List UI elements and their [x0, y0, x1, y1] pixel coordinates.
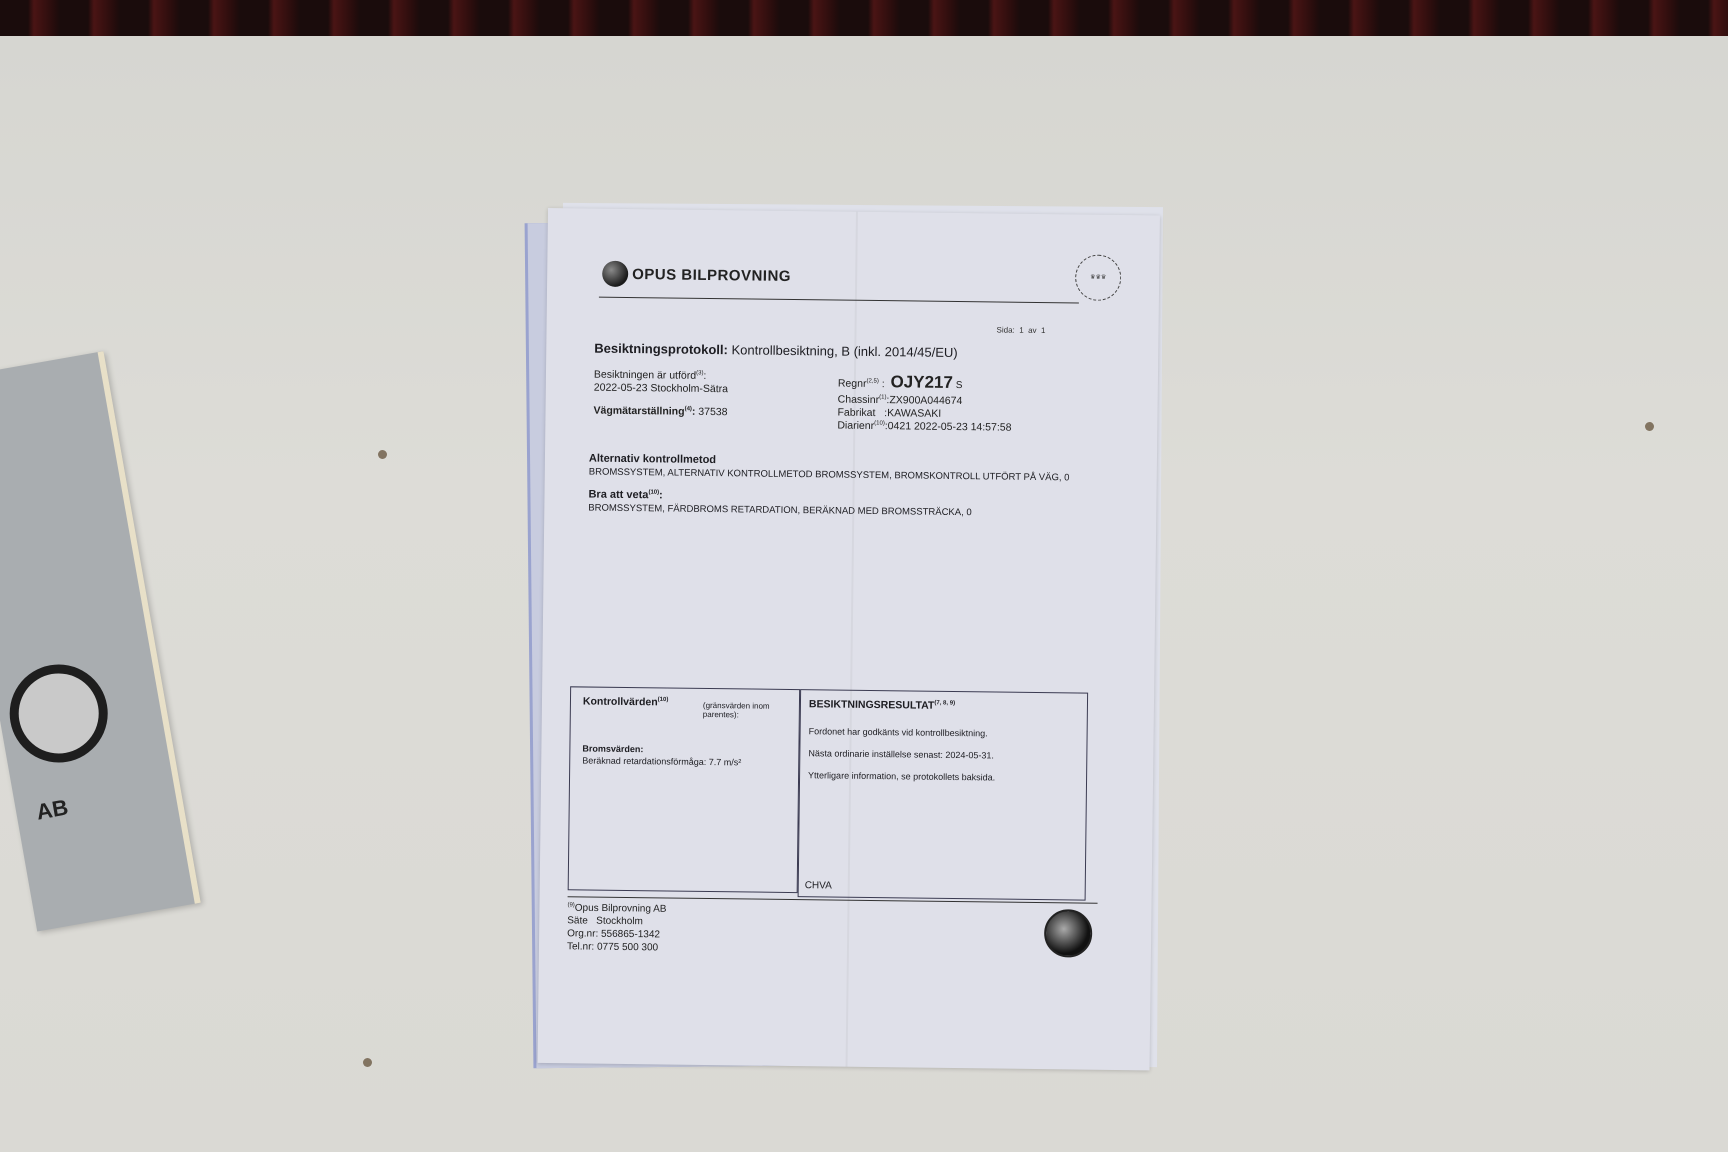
- opus-logo: OPUS BILPROVNING: [602, 261, 791, 289]
- brand-name: OPUS BILPROVNING: [632, 266, 791, 285]
- footer-company: (9)Opus Bilprovning AB: [567, 902, 666, 915]
- result-heading: BESIKTNINGSRESULTAT(7, 8, 9): [809, 698, 955, 712]
- odometer: Vägmätarställning(4): 37538: [593, 405, 727, 419]
- result-line-3: Ytterligare information, se protokollets…: [808, 770, 995, 782]
- limit-note: (gränsvärden inom parentes):: [703, 701, 799, 720]
- booklet-label: AB: [34, 794, 70, 825]
- climate-compensation-seal-icon: [1044, 909, 1093, 958]
- swedac-seal-icon: ♛♛♛: [1075, 254, 1122, 301]
- chassis-number: Chassinr(1):ZX900A044674: [838, 394, 963, 408]
- alt-method-heading: Alternativ kontrollmetod: [589, 453, 716, 467]
- protocol-title: Besiktningsprotokoll: Kontrollbesiktning…: [594, 341, 958, 360]
- footer-seat: Säte Stockholm: [567, 915, 643, 927]
- header-divider: [599, 297, 1079, 304]
- brake-values-text: Beräknad retardationsförmåga: 7.7 m/s²: [582, 755, 741, 767]
- good-to-know-heading: Bra att veta(10):: [588, 489, 662, 502]
- diary-number: Diarienr(10):0421 2022-05-23 14:57:58: [837, 420, 1011, 434]
- alt-method-text: BROMSSYSTEM, ALTERNATIV KONTROLLMETOD BR…: [589, 467, 1070, 484]
- globe-icon: [602, 261, 628, 287]
- result-line-2: Nästa ordinarie inställelse senast: 2024…: [808, 748, 994, 760]
- regnr: Regnr(2,5) : OJY217 S: [838, 372, 963, 394]
- inspection-result-box: BESIKTNINGSRESULTAT(7, 8, 9) Fordonet ha…: [798, 689, 1089, 901]
- surface-spot: [1645, 422, 1654, 431]
- inspector-signature: CHVA: [805, 880, 832, 891]
- page-indicator: Sida: 1 av 1: [996, 325, 1045, 335]
- performed-value: 2022-05-23 Stockholm-Sätra: [594, 382, 728, 396]
- surface-spot: [363, 1058, 372, 1067]
- result-line-1: Fordonet har godkänts vid kontrollbesikt…: [809, 726, 988, 738]
- motorcycle-wheel-illustration: [2, 657, 116, 771]
- good-to-know-text: BROMSSYSTEM, FÄRDBROMS RETARDATION, BERÄ…: [588, 503, 972, 519]
- make: Fabrikat :KAWASAKI: [837, 407, 941, 420]
- brake-values-heading: Bromsvärden:: [582, 743, 643, 754]
- performed-label: Besiktningen är utförd(3):: [594, 369, 707, 382]
- inspection-protocol-page: OPUS BILPROVNING ♛♛♛ Sida: 1 av 1 Besikt…: [538, 208, 1160, 1070]
- footer-orgnr: Org.nr: 556865-1342: [567, 928, 660, 940]
- page-fold: [846, 212, 858, 1067]
- control-values-heading: Kontrollvärden(10): [583, 695, 668, 708]
- footer-phone: Tel.nr: 0775 500 300: [567, 941, 658, 953]
- control-values-box: Kontrollvärden(10) (gränsvärden inom par…: [568, 686, 800, 893]
- surface-spot: [378, 450, 387, 459]
